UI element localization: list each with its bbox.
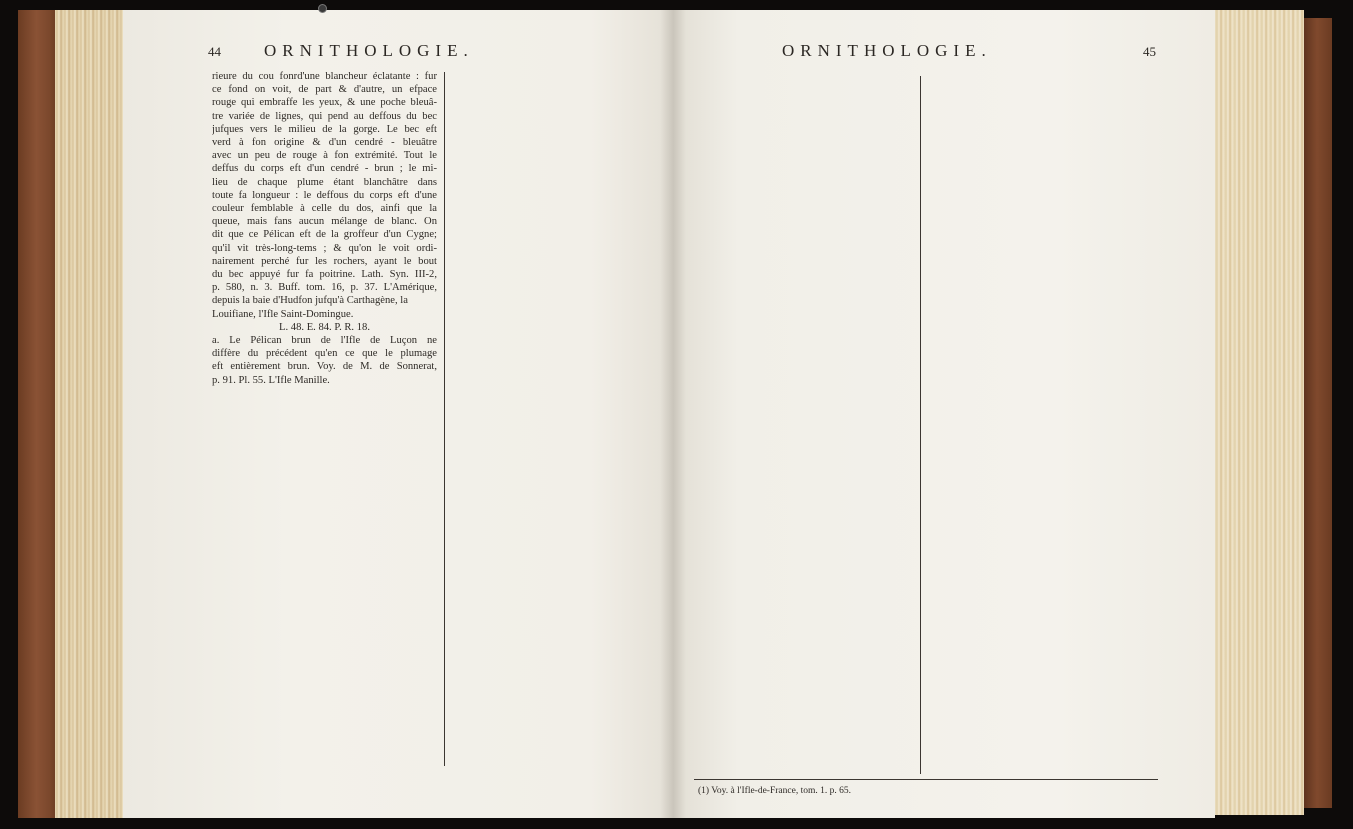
text-line: toute fa longueur : le deffous du corps … bbox=[212, 189, 437, 202]
text-line: deffus du corps eft d'un cendré - brun ;… bbox=[212, 162, 437, 175]
running-head-right: ORNITHOLOGIE. bbox=[782, 41, 992, 61]
text-line: jufques vers le milieu de la gorge. Le b… bbox=[212, 123, 437, 136]
page-number-right: 45 bbox=[1143, 44, 1156, 60]
left-page-column-1: rieure du cou fonrd'une blancheur éclata… bbox=[212, 70, 437, 387]
text-line: eft entièrement brun. Voy. de M. de Sonn… bbox=[212, 360, 437, 373]
text-line: verd à fon origine & d'un cendré - bleuâ… bbox=[212, 136, 437, 149]
left-page-column-divider bbox=[444, 72, 445, 766]
footnote-rule bbox=[694, 779, 1158, 780]
text-line: nairement perché fur les rochers, ayant … bbox=[212, 255, 437, 268]
page-number-left: 44 bbox=[208, 44, 221, 60]
text-line: ce fond on voit, de part & d'autre, un e… bbox=[212, 83, 437, 96]
page-edges-left bbox=[55, 10, 123, 818]
text-line: depuis la baie d'Hudfon jufqu'à Carthagè… bbox=[212, 294, 437, 307]
right-page bbox=[673, 10, 1215, 818]
text-line: du bec appuyé fur fa poitrine. Lath. Syn… bbox=[212, 268, 437, 281]
text-line: p. 580, n. 3. Buff. tom. 16, p. 37. L'Am… bbox=[212, 281, 437, 294]
text-line: couleur femblable à celle du dos, ainfi … bbox=[212, 202, 437, 215]
text-line: avec un peu de rouge à fon extrémité. To… bbox=[212, 149, 437, 162]
book-cover-right bbox=[1302, 18, 1332, 808]
text-line: dit que ce Pélican eft de la groffeur d'… bbox=[212, 228, 437, 241]
book-gutter bbox=[660, 10, 686, 818]
page-edges-right bbox=[1214, 10, 1304, 815]
text-line: tre variée de lignes, qui pend au deffou… bbox=[212, 110, 437, 123]
text-line: a. Le Pélican brun de l'Ifle de Luçon ne bbox=[212, 334, 437, 347]
text-line: L. 48. E. 84. P. R. 18. bbox=[212, 321, 437, 334]
text-line: queue, mais fans aucun mélange de blanc.… bbox=[212, 215, 437, 228]
text-line: rouge qui embraffe les yeux, & une poche… bbox=[212, 96, 437, 109]
text-line: rieure du cou fonrd'une blancheur éclata… bbox=[212, 70, 437, 83]
ornament-dot bbox=[318, 4, 327, 13]
text-line: diffère du précédent qu'en ce que le plu… bbox=[212, 347, 437, 360]
running-head-left: ORNITHOLOGIE. bbox=[264, 41, 474, 61]
text-line: lieu de chaque plume étant blanchâtre da… bbox=[212, 176, 437, 189]
text-line: qu'il vit très-long-tems ; & qu'on le vo… bbox=[212, 242, 437, 255]
right-page-column-divider bbox=[920, 76, 921, 774]
footnote: (1) Voy. à l'Ifle-de-France, tom. 1. p. … bbox=[698, 786, 851, 796]
text-line: p. 91. Pl. 55. L'Ifle Manille. bbox=[212, 374, 437, 387]
text-line: Louifiane, l'Ifle Saint-Domingue. bbox=[212, 308, 437, 321]
